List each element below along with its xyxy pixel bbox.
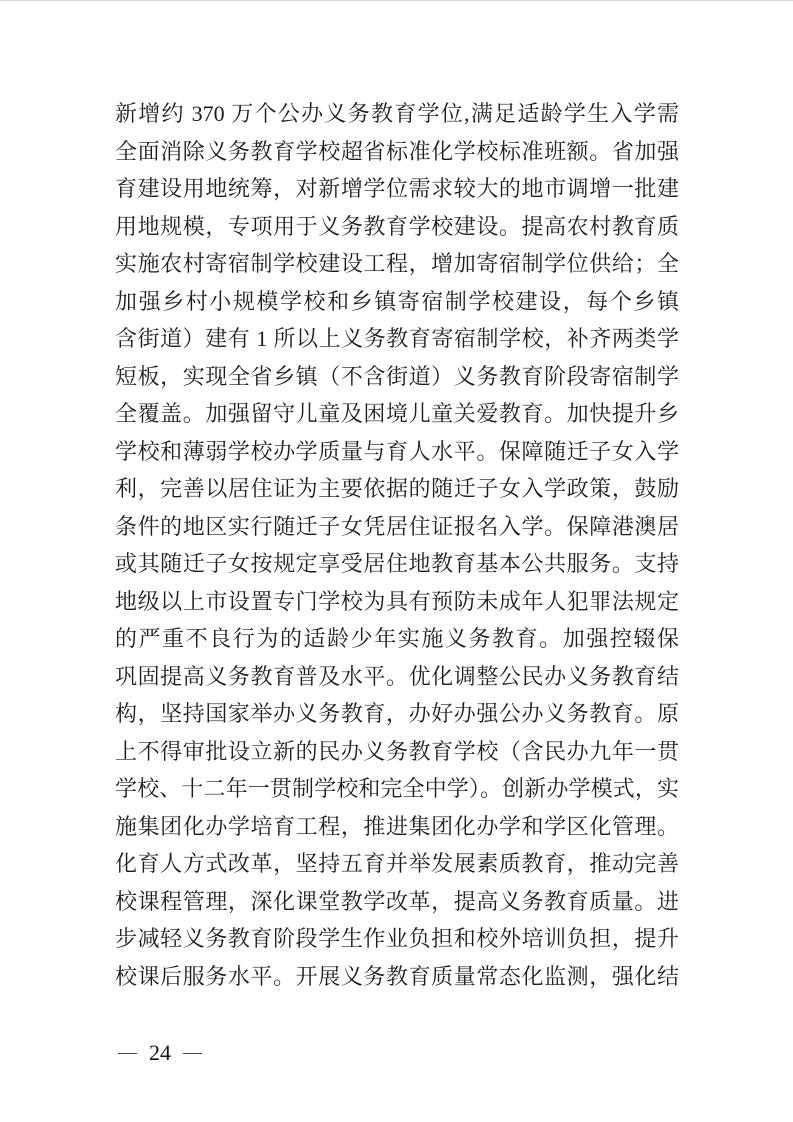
text-line: 全覆盖。加强留守儿童及困境儿童关爱教育。加快提升乡村 xyxy=(115,395,679,433)
footer-dash-right: — xyxy=(183,1043,202,1063)
text-line: 加强乡村小规模学校和乡镇寄宿制学校建设，每个乡镇（不 xyxy=(115,283,679,321)
text-line: 条件的地区实行随迁子女凭居住证报名入学。保障港澳居民 xyxy=(115,508,679,546)
text-line: 校课后服务水平。开展义务教育质量常态化监测，强化结果 xyxy=(115,958,679,996)
text-line: 校课程管理，深化课堂教学改革，提高义务教育质量。进一 xyxy=(115,883,679,921)
text-line: 地级以上市设置专门学校为具有预防未成年人犯罪法规定 xyxy=(115,583,679,621)
text-line: 化育人方式改革，坚持五育并举发展素质教育，推动完善学 xyxy=(115,845,679,883)
text-line: 含街道）建有 1 所以上义务教育寄宿制学校，补齐两类学校 xyxy=(115,320,679,358)
text-line: 施集团化办学培育工程，推进集团化办学和学区化管理。深 xyxy=(115,808,679,846)
text-line: 短板，实现全省乡镇（不含街道）义务教育阶段寄宿制学校 xyxy=(115,358,679,396)
text-line: 巩固提高义务教育普及水平。优化调整公民办义务教育结 xyxy=(115,658,679,696)
body-text: 新增约 370 万个公办义务教育学位,满足适龄学生入学需求， 全面消除义务教育学… xyxy=(115,95,679,995)
text-line: 构，坚持国家举办义务教育，办好办强公办义务教育。原则 xyxy=(115,695,679,733)
text-line: 实施农村寄宿制学校建设工程，增加寄宿制学位供给；全面 xyxy=(115,245,679,283)
text-line: 全面消除义务教育学校超省标准化学校标准班额。省加强教 xyxy=(115,133,679,171)
scan-edge-line xyxy=(0,0,793,1)
page-footer: — 24 — xyxy=(118,1040,202,1066)
text-line: 步减轻义务教育阶段学生作业负担和校外培训负担，提升学 xyxy=(115,920,679,958)
text-line: 学校和薄弱学校办学质量与育人水平。保障随迁子女入学权 xyxy=(115,433,679,471)
text-line: 育建设用地统筹，对新增学位需求较大的地市调增一批建设 xyxy=(115,170,679,208)
text-line: 新增约 370 万个公办义务教育学位,满足适龄学生入学需求， xyxy=(115,95,679,133)
text-line: 学校、十二年一贯制学校和完全中学）。创新办学模式，实 xyxy=(115,770,679,808)
text-line: 用地规模，专项用于义务教育学校建设。提高农村教育质量， xyxy=(115,208,679,246)
text-line: 利，完善以居住证为主要依据的随迁子女入学政策，鼓励有 xyxy=(115,470,679,508)
text-line: 上不得审批设立新的民办义务教育学校（含民办九年一贯制 xyxy=(115,733,679,771)
document-page: 新增约 370 万个公办义务教育学位,满足适龄学生入学需求， 全面消除义务教育学… xyxy=(0,0,793,1122)
text-line: 或其随迁子女按规定享受居住地教育基本公共服务。支持各 xyxy=(115,545,679,583)
text-line: 的严重不良行为的适龄少年实施义务教育。加强控辍保学， xyxy=(115,620,679,658)
footer-dash-left: — xyxy=(118,1043,137,1063)
page-number: 24 xyxy=(149,1040,171,1066)
